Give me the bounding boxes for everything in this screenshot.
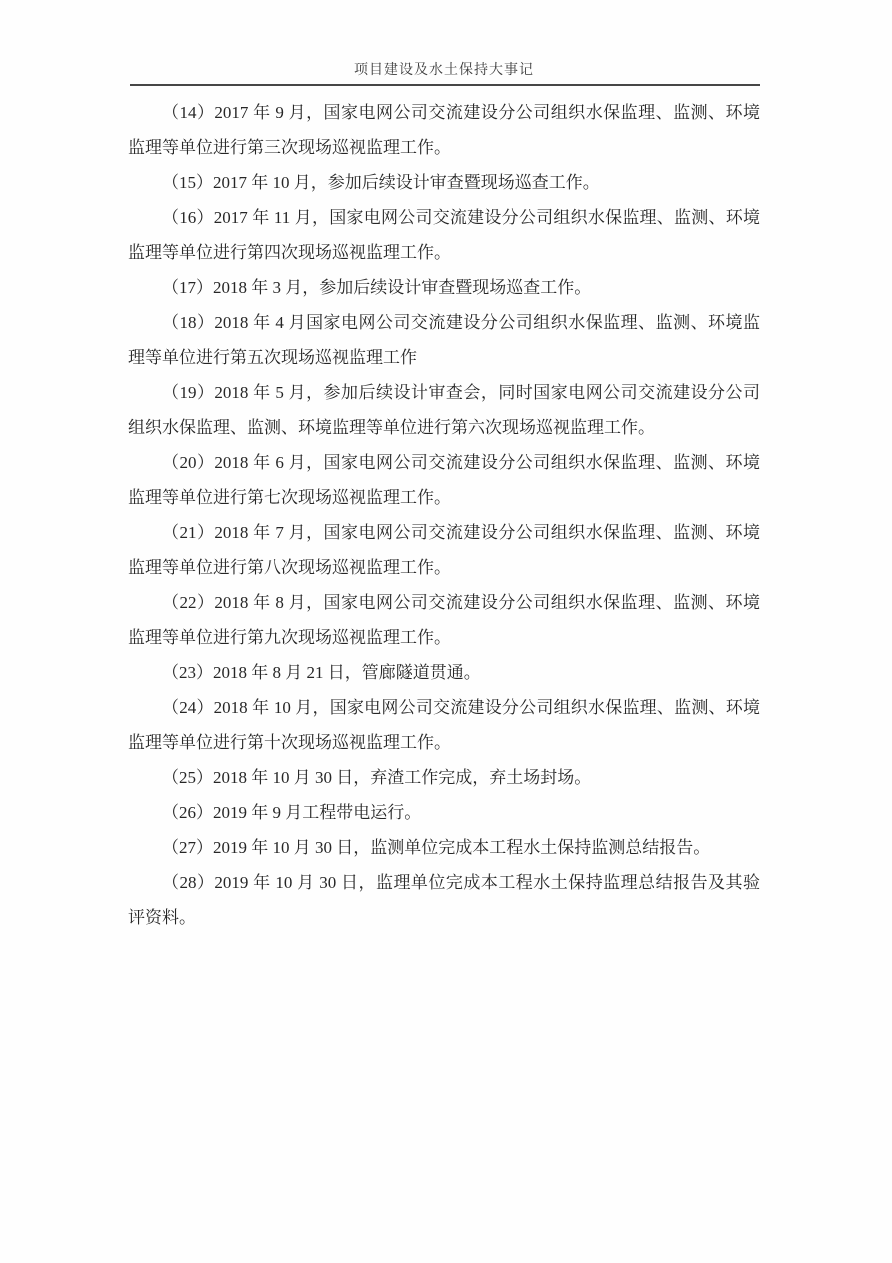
paragraph-item: （24）2018 年 10 月，国家电网公司交流建设分公司组织水保监理、监测、环… — [128, 690, 760, 760]
paragraph-item: （15）2017 年 10 月，参加后续设计审查暨现场巡查工作。 — [128, 165, 760, 200]
document-body: （14）2017 年 9 月，国家电网公司交流建设分公司组织水保监理、监测、环境… — [128, 95, 760, 935]
paragraph-item: （23）2018 年 8 月 21 日，管廊隧道贯通。 — [128, 655, 760, 690]
paragraph-item: （17）2018 年 3 月，参加后续设计审查暨现场巡查工作。 — [128, 270, 760, 305]
paragraph-item: （22）2018 年 8 月，国家电网公司交流建设分公司组织水保监理、监测、环境… — [128, 585, 760, 655]
document-page: 项目建设及水土保持大事记 （14）2017 年 9 月，国家电网公司交流建设分公… — [0, 0, 892, 1263]
paragraph-item: （16）2017 年 11 月，国家电网公司交流建设分公司组织水保监理、监测、环… — [128, 200, 760, 270]
paragraph-item: （18）2018 年 4 月国家电网公司交流建设分公司组织水保监理、监测、环境监… — [128, 305, 760, 375]
paragraph-item: （19）2018 年 5 月，参加后续设计审查会，同时国家电网公司交流建设分公司… — [128, 375, 760, 445]
paragraph-item: （20）2018 年 6 月，国家电网公司交流建设分公司组织水保监理、监测、环境… — [128, 445, 760, 515]
paragraph-item: （26）2019 年 9 月工程带电运行。 — [128, 795, 760, 830]
paragraph-item: （14）2017 年 9 月，国家电网公司交流建设分公司组织水保监理、监测、环境… — [128, 95, 760, 165]
paragraph-item: （28）2019 年 10 月 30 日，监理单位完成本工程水土保持监理总结报告… — [128, 865, 760, 935]
header-divider-line — [130, 84, 760, 86]
paragraph-item: （25）2018 年 10 月 30 日，弃渣工作完成，弃土场封场。 — [128, 760, 760, 795]
paragraph-item: （21）2018 年 7 月，国家电网公司交流建设分公司组织水保监理、监测、环境… — [128, 515, 760, 585]
page-header-title: 项目建设及水土保持大事记 — [128, 59, 760, 79]
paragraph-item: （27）2019 年 10 月 30 日，监测单位完成本工程水土保持监测总结报告… — [128, 830, 760, 865]
